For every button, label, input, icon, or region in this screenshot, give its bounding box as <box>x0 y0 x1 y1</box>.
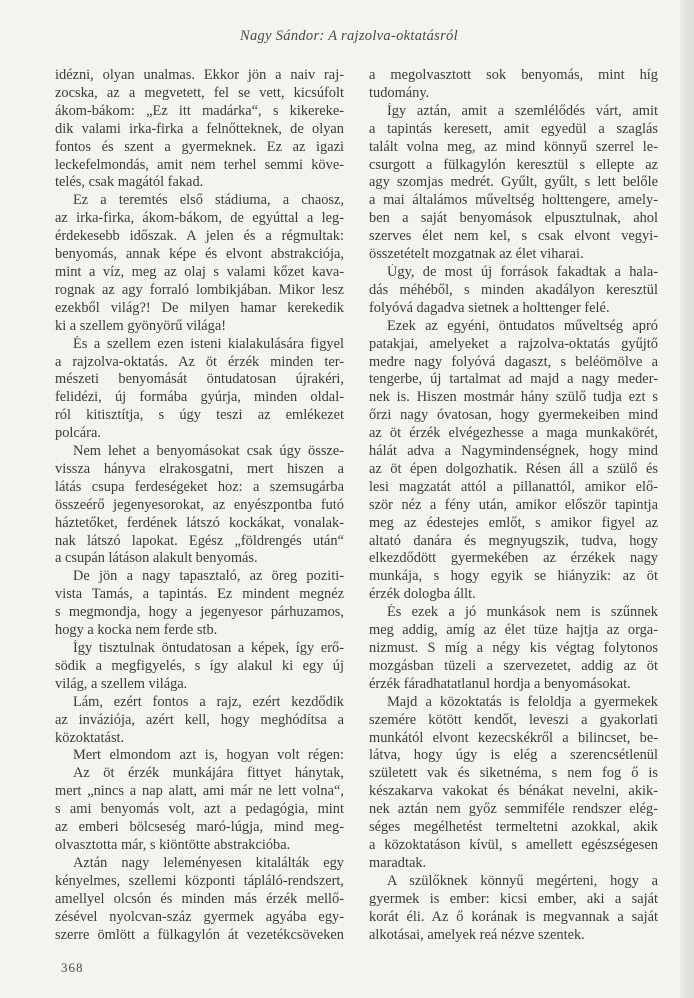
text-line: őrzi nagy óvatosan, hogy gyermekeiben mi… <box>369 407 658 425</box>
text-line: zésével nyolcvan-száz gyermek agyába egy… <box>55 909 344 927</box>
text-line: érzék fáradhatatlanul hordja a benyomáso… <box>369 676 658 694</box>
text-line: ben a saját benyomások elpusztulnak, aho… <box>369 210 658 228</box>
text-line: érzék dologba állt. <box>369 586 658 604</box>
text-line: született vak és siketnéma, s nem fog ő … <box>369 765 658 783</box>
text-line: Úgy, de most új források fakadtak a hala… <box>369 264 658 282</box>
text-line: összetételt mozgatnak az élet viharai. <box>369 246 658 264</box>
text-line: zocska, az a megvetett, fel se vett, kic… <box>55 85 344 103</box>
text-line: Így tisztulnak öntudatosan a képek, így … <box>55 640 344 658</box>
text-line: közoktatást. <box>55 730 344 748</box>
text-line: az emberi bölcseség maró-lúgja, mind meg… <box>55 819 344 837</box>
text-line: mint a víz, meg az olaj s valami kőzet k… <box>55 264 344 282</box>
text-line: Lám, ezért fontos a rajz, ezért kezdődik <box>55 694 344 712</box>
text-line: meg az édestejes emlőt, s amikor figyel … <box>369 515 658 533</box>
text-line: idézni, olyan unalmas. Ekkor jön a naiv … <box>55 67 344 85</box>
text-line: benyomás, annak képe és elvont abstrakci… <box>55 246 344 264</box>
text-line: mészeti benyomását öntudatosan újrakéri, <box>55 371 344 389</box>
text-line: a mai általámos műveltség holttengere, a… <box>369 192 658 210</box>
text-line: maradtak. <box>369 855 658 873</box>
text-line: az irka-firka, ákom-bákom, de egyúttal a… <box>55 210 344 228</box>
text-line: nek is. Hiszen mostmár hány szülő tudja … <box>369 389 658 407</box>
left-column: idézni, olyan unalmas. Ekkor jön a naiv … <box>55 67 344 944</box>
text-line: látás csupa ferdeségeket hoz: a szemsugá… <box>55 479 344 497</box>
text-line: Aztán nagy leleményesen kitalálták egy <box>55 855 344 873</box>
text-line: rognak az agy forraló lombikjában. Mikor… <box>55 282 344 300</box>
text-line: ször néz a fény után, amikor először tap… <box>369 497 658 515</box>
text-line: munkától elvont kezecskékről a bilincset… <box>369 730 658 748</box>
text-line: csurgott a fülkagylón keresztül s ellept… <box>369 157 658 175</box>
text-line: szemére kötött kendőt, leveszi a gyakorl… <box>369 712 658 730</box>
text-line: meg addig, amíg az élet tüze hajtja az o… <box>369 622 658 640</box>
text-line: alkotásai, amelyek reá nézve szentek. <box>369 927 658 945</box>
text-line: mozgásban tüzeli a szervezetet, addig az… <box>369 658 658 676</box>
text-line: A szülőknek könnyű megérteni, hogy a <box>369 873 658 891</box>
text-line: tudomány. <box>369 85 658 103</box>
text-line: mert „nincs a nap alatt, ami már ne lett… <box>55 783 344 801</box>
text-line: nak látszó lapokat. Egész „földrengés ut… <box>55 533 344 551</box>
text-line: a megolvasztott sok benyomás, mint híg <box>369 67 658 85</box>
text-line: az inváziója, azért kell, hogy meghódíts… <box>55 712 344 730</box>
text-line: munkája, s hogy egyik se hiányzik: az öt <box>369 568 658 586</box>
text-line: És a szellem ezen isteni kialakulására f… <box>55 336 344 354</box>
text-line: talált volna meg, az mind könnyű szerrel… <box>369 139 658 157</box>
text-line: fontos és szent a gyermeknek. Ez az igaz… <box>55 139 344 157</box>
text-line: háztetőket, ferdének látszó kockákat, vo… <box>55 515 344 533</box>
text-line: ezekből világ?! De milyen hamar kerekedi… <box>55 300 344 318</box>
text-line: Ez a teremtés első stádiuma, a chaosz, <box>55 192 344 210</box>
text-line: a közoktatáson kívül, s amellett egészsé… <box>369 837 658 855</box>
text-line: a rajzolva-oktatás. Az öt érzék minden t… <box>55 354 344 372</box>
text-line: De jön a nagy tapasztaló, az öreg poziti… <box>55 568 344 586</box>
text-line: hálát adva a Nagymindenségnek, hogy mind <box>369 443 658 461</box>
text-line: Mert elmondom azt is, hogyan volt régen: <box>55 747 344 765</box>
text-line: kényelmes, szellemi központi tápláló-ren… <box>55 873 344 891</box>
text-line: Így aztán, amit a szemlélődés várt, amit <box>369 103 658 121</box>
text-line: vissza hányva elrakosgatni, mert hiszen … <box>55 461 344 479</box>
text-line: Majd a közoktatás is feloldja a gyermeke… <box>369 694 658 712</box>
text-line: patakjai, amelyeket a rajzolva-oktatás g… <box>369 336 658 354</box>
text-line: amellyel olcsón és minden más érzék mell… <box>55 891 344 909</box>
text-line: tengerbe, új tartalmat ad majd a nagy me… <box>369 371 658 389</box>
text-line: összeérő jegenyesorokat, az enyészpontba… <box>55 497 344 515</box>
text-line: medre nagy folyóvá dagaszt, s beléömölve… <box>369 354 658 372</box>
text-line: ról kitisztítja, s úgy teszi az emlékeze… <box>55 407 344 425</box>
text-line: séges megélhetést termeltetni azokkal, a… <box>369 819 658 837</box>
text-line: felidézi, új formába gyúrja, minden olda… <box>55 389 344 407</box>
text-line: s ami benyomás volt, azt a pedagógia, mi… <box>55 801 344 819</box>
text-line: södik a megfigyelés, s így alakul ki egy… <box>55 658 344 676</box>
text-line: nek aztán nem győz semmiféle rendszer el… <box>369 801 658 819</box>
text-line: olvasztotta már, s kiöntötte abstrakciób… <box>55 837 344 855</box>
text-line: altató danára és megnyugszik, tudva, hog… <box>369 533 658 551</box>
text-line: dás méhéből, s minden akadályon keresztü… <box>369 282 658 300</box>
text-line: a csupán látáson alakult benyomás. <box>55 550 344 568</box>
text-line: agy szomjas medrét. Gyűlt, gyűlt, s lett… <box>369 174 658 192</box>
text-line: hogy a kocka nem ferde stb. <box>55 622 344 640</box>
text-line: ákom-bákom: „Ez itt madárka“, s kikereke… <box>55 103 344 121</box>
text-line: a tapintás keresett, amit egyedül a szag… <box>369 121 658 139</box>
text-line: szerre ömlött a fülkagylón át vezetékcsö… <box>55 927 344 945</box>
text-line: leckefelmondás, amit nem terhel semmi kö… <box>55 157 344 175</box>
text-line: folyóvá dagadva sietnek a holttenger fel… <box>369 300 658 318</box>
running-head: Nagy Sándor: A rajzolva-oktatásról <box>240 28 458 45</box>
text-line: korát éli. Az ő korának is megvannak a s… <box>369 909 658 927</box>
text-line: polcára. <box>55 425 344 443</box>
text-line: ki a szellem gyönyörű világa! <box>55 318 344 336</box>
right-column: a megolvasztott sok benyomás, mint hígtu… <box>369 67 658 944</box>
text-line: dik valami irka-firka a felnőtteknek, de… <box>55 121 344 139</box>
text-line: gyermek is ember: kicsi ember, aki a saj… <box>369 891 658 909</box>
text-line: Nem lehet a benyomásokat csak úgy össze- <box>55 443 344 461</box>
text-line: készakarva vakokat és bénákat nevelni, a… <box>369 783 658 801</box>
text-line: s megmondja, hogy a jegenyesor párhuzamo… <box>55 604 344 622</box>
text-line: Ezek az egyéni, öntudatos műveltség apró <box>369 318 658 336</box>
text-line: az öt épen dolgozhatik. Résen áll a szül… <box>369 461 658 479</box>
text-line: érdekesebb időszak. A jelen és a régmult… <box>55 228 344 246</box>
text-line: látva, hogy úgy is elég a szerencsétlenü… <box>369 747 658 765</box>
text-line: elkezdődött gyermekében az érzékek nagy <box>369 550 658 568</box>
page-edge-shadow <box>680 0 694 998</box>
text-line: szerves élet nem kel, s csak elvont vegy… <box>369 228 658 246</box>
page-number: 368 <box>61 960 84 976</box>
text-line: az öt érzék elvégezhesse a maga munkakör… <box>369 425 658 443</box>
text-line: nizmust. S míg a négy kis végtag folyton… <box>369 640 658 658</box>
text-line: lesi magzatát attól a pillanattól, amiko… <box>369 479 658 497</box>
text-line: vista Tamás, a tapintás. Ez mindent megn… <box>55 586 344 604</box>
text-line: Az öt érzék munkájára fittyet hánytak, <box>55 765 344 783</box>
text-line: telés, csak magától fakad. <box>55 174 344 192</box>
text-line: És ezek a jó munkások nem is szűnnek <box>369 604 658 622</box>
text-line: világ, a szellem világa. <box>55 676 344 694</box>
